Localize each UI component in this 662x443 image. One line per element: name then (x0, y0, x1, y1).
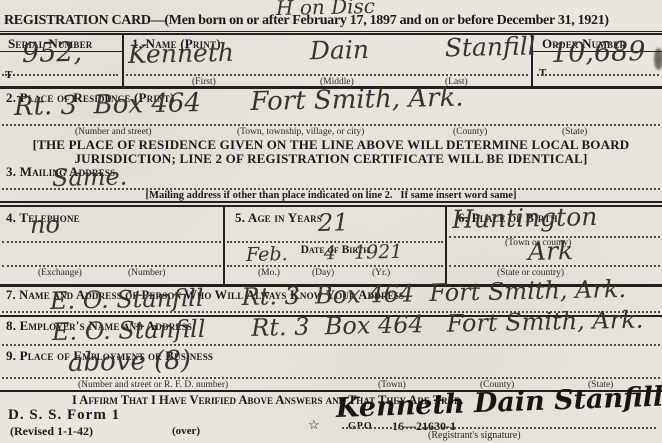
over-note: (over) (172, 425, 200, 437)
age-label: 5. Age in Years (235, 210, 322, 226)
employment-sublabel-town: (Town) (378, 380, 406, 390)
telephone-sublabel-number: (Number) (128, 268, 165, 278)
form-number: D. S. S. Form 1 (8, 407, 120, 424)
dotted-line (2, 344, 660, 346)
employment-sublabel-street: (Number and street or R. F. D. number) (78, 380, 228, 390)
dotted-line (227, 265, 443, 267)
dotted-line (449, 265, 660, 267)
dotted-line (2, 124, 660, 126)
dob-sublabel-year: (Yr.) (372, 268, 390, 278)
dotted-line (2, 377, 660, 379)
divider-line (122, 35, 124, 86)
dotted-line (342, 427, 656, 429)
mailing-note: [Mailing address if other than place ind… (0, 190, 662, 201)
dotted-line (537, 74, 659, 76)
form-revision: (Revised 1-1-42) (10, 424, 93, 439)
birthplace-state-value: Ark (528, 238, 574, 264)
dotted-line (2, 241, 221, 243)
residence-sublabel-street: (Number and street) (75, 127, 152, 137)
dotted-line (126, 74, 528, 76)
page-title: REGISTRATION CARD—(Men born on or after … (4, 13, 609, 29)
scan-artifact (654, 48, 662, 70)
employment-value: above (8) (68, 347, 191, 376)
age-value: 21 (318, 210, 349, 235)
order-number-prefix: T (539, 67, 546, 79)
residence-value: Rt. 3 Box 464 Fort Smith, Ark. (14, 85, 464, 120)
name-value: Kenneth Dain Stanfill (128, 33, 536, 67)
residence-sublabel-town: (Town, township, village, or city) (237, 127, 364, 137)
dob-value: Feb. 4 1921 (246, 243, 403, 265)
dob-sublabel-month: (Mo.) (258, 268, 280, 278)
birthplace-town-value: Huntington (452, 204, 598, 232)
residence-sublabel-state: (State) (562, 127, 587, 137)
telephone-sublabel-exchange: (Exchange) (38, 268, 82, 278)
divider-line (445, 207, 447, 284)
signature-sublabel: (Registrant's signature) (428, 430, 521, 441)
registration-card: H on Disc REGISTRATION CARD—(Men born on… (0, 0, 662, 443)
dotted-line (2, 74, 118, 76)
dob-sublabel-day: (Day) (312, 268, 334, 278)
telephone-value: no (30, 212, 60, 237)
mailing-value: Same. (52, 164, 128, 190)
divider-line (223, 207, 225, 284)
order-number-value: 10,689 (551, 38, 646, 67)
residence-sublabel-county: (County) (453, 127, 487, 137)
serial-number-value: 952, (22, 39, 83, 67)
star-icon: ☆ (308, 417, 320, 433)
title-rule (0, 31, 662, 35)
dotted-line (2, 265, 221, 267)
